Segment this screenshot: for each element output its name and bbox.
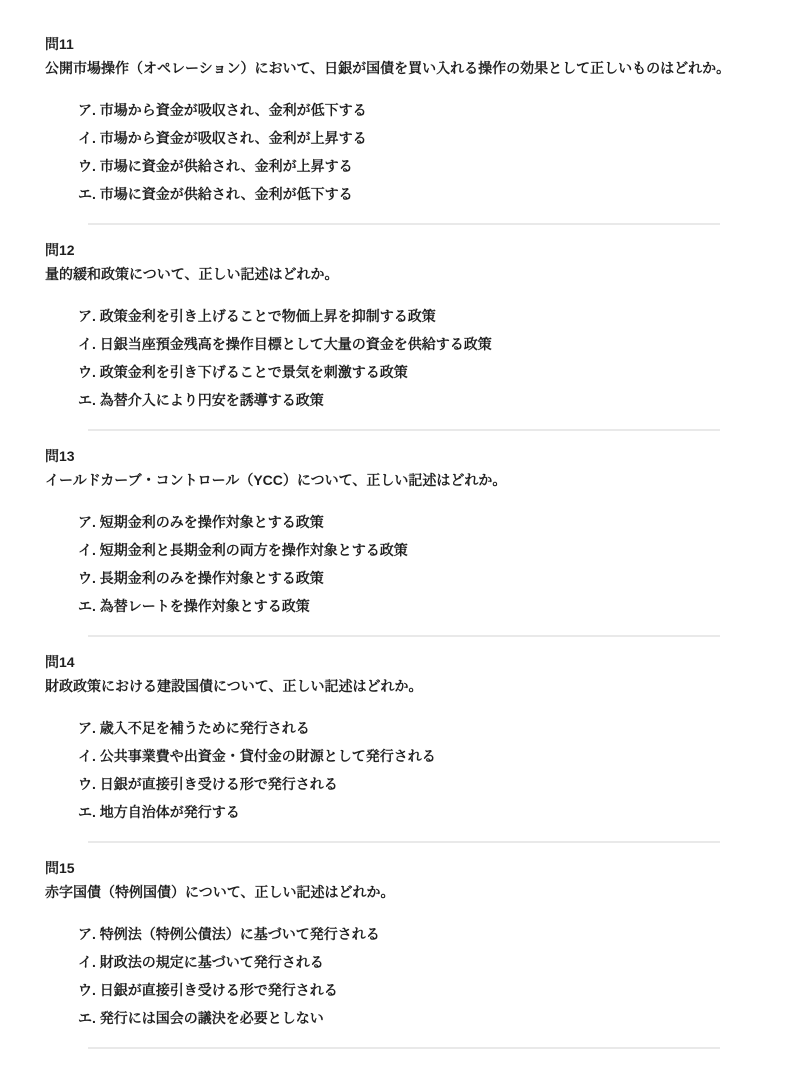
question-text: イールドカーブ・コントロール（YCC）について、正しい記述はどれか。 xyxy=(45,472,760,488)
option-i: イ. 財政法の規定に基づいて発行される xyxy=(78,954,760,970)
question-block-14: 問14 財政政策における建設国債について、正しい記述はどれか。 ア. 歳入不足を… xyxy=(45,654,760,843)
question-block-12: 問12 量的緩和政策について、正しい記述はどれか。 ア. 政策金利を引き上げるこ… xyxy=(45,242,760,431)
section-divider xyxy=(88,635,720,637)
option-a: ア. 歳入不足を補うために発行される xyxy=(78,720,760,736)
section-divider xyxy=(88,429,720,431)
question-text: 公開市場操作（オペレーション）において、日銀が国債を買い入れる操作の効果として正… xyxy=(45,60,760,76)
options-list: ア. 歳入不足を補うために発行される イ. 公共事業費や出資金・貸付金の財源とし… xyxy=(45,720,760,820)
question-text: 量的緩和政策について、正しい記述はどれか。 xyxy=(45,266,760,282)
options-list: ア. 短期金利のみを操作対象とする政策 イ. 短期金利と長期金利の両方を操作対象… xyxy=(45,514,760,614)
option-u: ウ. 日銀が直接引き受ける形で発行される xyxy=(78,776,760,792)
option-u: ウ. 政策金利を引き下げることで景気を刺激する政策 xyxy=(78,364,760,380)
option-e: エ. 発行には国会の議決を必要としない xyxy=(78,1010,760,1026)
section-divider xyxy=(88,841,720,843)
option-i: イ. 市場から資金が吸収され、金利が上昇する xyxy=(78,130,760,146)
option-a: ア. 短期金利のみを操作対象とする政策 xyxy=(78,514,760,530)
options-list: ア. 政策金利を引き上げることで物価上昇を抑制する政策 イ. 日銀当座預金残高を… xyxy=(45,308,760,408)
question-number: 問14 xyxy=(45,654,760,670)
question-number: 問11 xyxy=(45,36,760,52)
option-i: イ. 短期金利と長期金利の両方を操作対象とする政策 xyxy=(78,542,760,558)
question-number: 問13 xyxy=(45,448,760,464)
option-e: エ. 為替介入により円安を誘導する政策 xyxy=(78,392,760,408)
question-block-13: 問13 イールドカーブ・コントロール（YCC）について、正しい記述はどれか。 ア… xyxy=(45,448,760,637)
option-u: ウ. 市場に資金が供給され、金利が上昇する xyxy=(78,158,760,174)
option-i: イ. 公共事業費や出資金・貸付金の財源として発行される xyxy=(78,748,760,764)
question-text: 財政政策における建設国債について、正しい記述はどれか。 xyxy=(45,678,760,694)
option-i: イ. 日銀当座預金残高を操作目標として大量の資金を供給する政策 xyxy=(78,336,760,352)
options-list: ア. 特例法（特例公債法）に基づいて発行される イ. 財政法の規定に基づいて発行… xyxy=(45,926,760,1026)
option-a: ア. 政策金利を引き上げることで物価上昇を抑制する政策 xyxy=(78,308,760,324)
option-u: ウ. 長期金利のみを操作対象とする政策 xyxy=(78,570,760,586)
question-block-15: 問15 赤字国債（特例国債）について、正しい記述はどれか。 ア. 特例法（特例公… xyxy=(45,860,760,1049)
option-e: エ. 地方自治体が発行する xyxy=(78,804,760,820)
question-number: 問15 xyxy=(45,860,760,876)
option-a: ア. 市場から資金が吸収され、金利が低下する xyxy=(78,102,760,118)
section-divider xyxy=(88,223,720,225)
options-list: ア. 市場から資金が吸収され、金利が低下する イ. 市場から資金が吸収され、金利… xyxy=(45,102,760,202)
exam-page: 問11 公開市場操作（オペレーション）において、日銀が国債を買い入れる操作の効果… xyxy=(0,0,800,1049)
option-e: エ. 市場に資金が供給され、金利が低下する xyxy=(78,186,760,202)
question-block-11: 問11 公開市場操作（オペレーション）において、日銀が国債を買い入れる操作の効果… xyxy=(45,36,760,225)
option-a: ア. 特例法（特例公債法）に基づいて発行される xyxy=(78,926,760,942)
question-text: 赤字国債（特例国債）について、正しい記述はどれか。 xyxy=(45,884,760,900)
option-u: ウ. 日銀が直接引き受ける形で発行される xyxy=(78,982,760,998)
question-number: 問12 xyxy=(45,242,760,258)
section-divider xyxy=(88,1047,720,1049)
option-e: エ. 為替レートを操作対象とする政策 xyxy=(78,598,760,614)
